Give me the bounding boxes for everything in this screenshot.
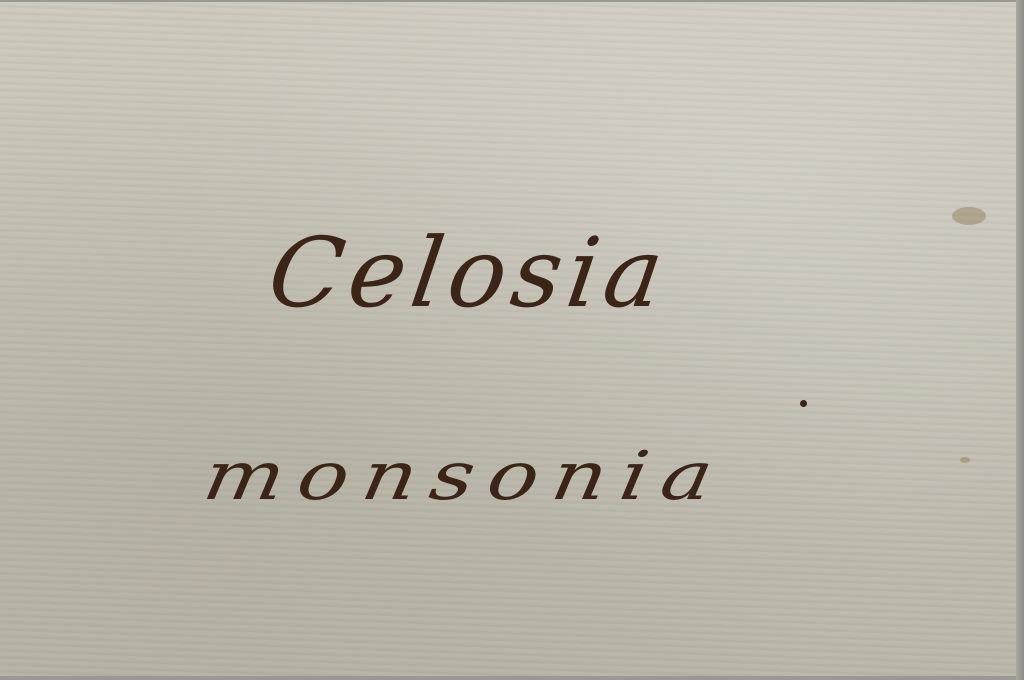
paper-label: Celosia monsonia — [0, 2, 1018, 676]
paper-speck — [960, 457, 970, 463]
paper-stain — [952, 207, 986, 225]
handwritten-line-2: monsonia — [198, 437, 733, 515]
ink-dot — [800, 400, 807, 407]
handwritten-line-1: Celosia — [262, 217, 676, 329]
background-edge — [1016, 0, 1024, 680]
